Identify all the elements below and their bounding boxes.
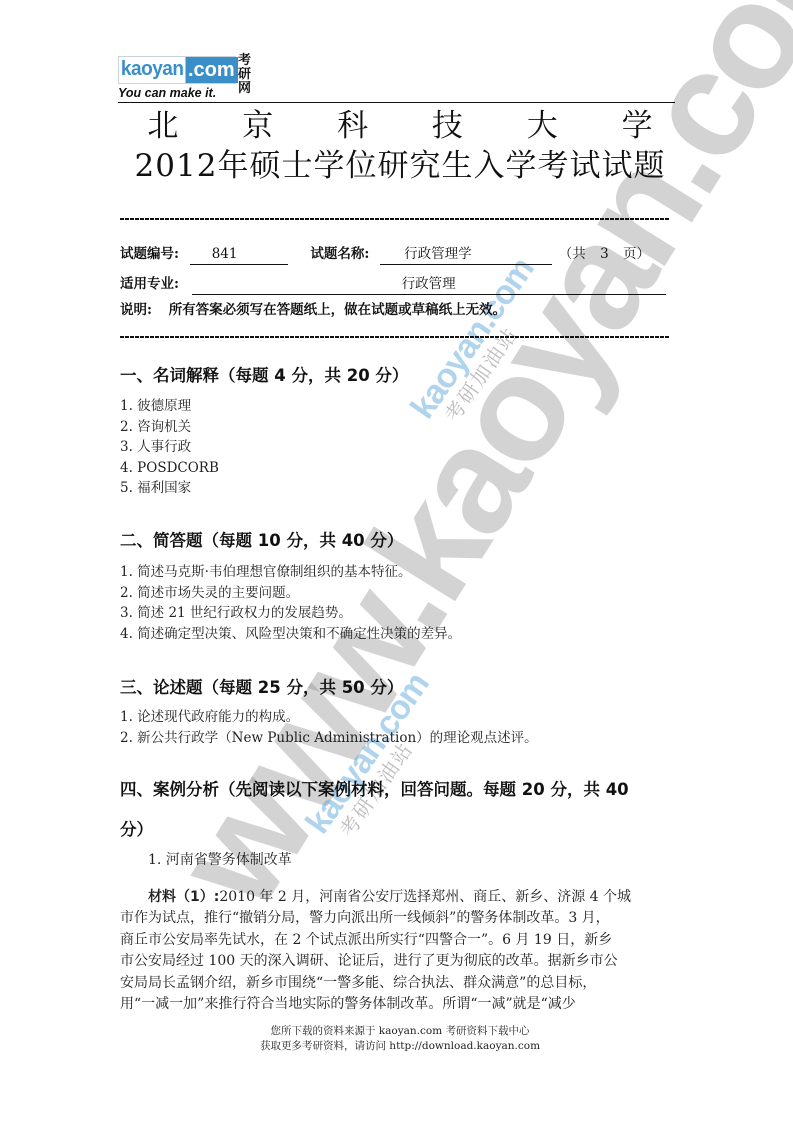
instructions-label: 说明: xyxy=(120,302,152,318)
list-item: 2. 新公共行政学（New Public Administration）的理论观… xyxy=(120,728,538,749)
list-item: 2. 简述市场失灵的主要问题。 xyxy=(120,583,461,604)
logo-brand-right: .com xyxy=(185,57,238,83)
page-count-open: （共 xyxy=(559,246,586,262)
material-line: 用“一减一加”来推行符合当地实际的警务体制改革。所谓“一减”就是“减少 xyxy=(120,994,618,1016)
footer-download-link[interactable]: 获取更多考研资料，请访问 http://download.kaoyan.com xyxy=(200,1039,600,1054)
major-value: 行政管理 xyxy=(192,274,666,295)
dashed-divider-bottom xyxy=(120,336,670,338)
section-3-list: 1. 论述现代政府能力的构成。 2. 新公共行政学（New Public Adm… xyxy=(120,707,538,748)
exam-name-label: 试题名称: xyxy=(310,246,369,262)
list-item: 1. 彼德原理 xyxy=(120,396,219,417)
section-1-list: 1. 彼德原理 2. 咨询机关 3. 人事行政 4. POSDCORB 5. 福… xyxy=(120,396,219,499)
header-rule xyxy=(118,102,675,103)
case-title: 1. 河南省警务体制改革 xyxy=(148,850,292,871)
section-2-heading: 二、简答题（每题 10 分，共 40 分） xyxy=(120,529,403,553)
dashed-divider-top xyxy=(120,218,670,220)
exam-code-number: 841 xyxy=(212,246,238,262)
material-line: 市作为试点，推行“撤销分局，警力向派出所一线倾斜”的警务体制改革。3 月， xyxy=(120,908,618,930)
exam-title: 2012年硕士学位研究生入学考试试题 xyxy=(120,146,680,186)
major-row: 适用专业: 行政管理 xyxy=(120,274,680,295)
logo-tagline: You can make it. xyxy=(118,85,236,101)
case-material-body: 市作为试点，推行“撤销分局，警力向派出所一线倾斜”的警务体制改革。3 月， 商丘… xyxy=(120,908,618,1016)
section-1-heading: 一、名词解释（每题 4 分，共 20 分） xyxy=(120,364,408,388)
material-label: 材料（1）: xyxy=(148,889,219,905)
logo-wordmark: kaoyan .com xyxy=(118,56,236,84)
material-text: 2010 年 2 月，河南省公安厅选择郑州、商丘、新乡、济源 4 个城 xyxy=(219,889,631,905)
page-footer: 您所下载的资料来源于 kaoyan.com 考研资料下载中心 获取更多考研资料，… xyxy=(200,1024,600,1054)
major-text: 行政管理 xyxy=(402,276,456,292)
logo-brand-left: kaoyan xyxy=(119,57,185,83)
list-item: 4. POSDCORB xyxy=(120,458,219,479)
exam-code-row: 试题编号: 841 试题名称: 行政管理学 （共 3 页） xyxy=(120,244,680,265)
logo-char: 研 xyxy=(238,68,254,82)
instructions-text: 所有答案必须写在答题纸上，做在试题或草稿纸上无效。 xyxy=(169,302,507,318)
exam-name-value: 行政管理学 xyxy=(380,244,552,265)
watermark-badge-cn: 考研加油站 xyxy=(433,272,558,437)
section-4-heading-line1: 四、案例分析（先阅读以下案例材料，回答问题。每题 20 分，共 40 xyxy=(120,778,680,802)
material-line: 安局局长孟钢介绍，新乡市围绕“一警多能、综合执法、群众满意”的总目标， xyxy=(120,973,618,995)
exam-code-value: 841 xyxy=(190,244,288,265)
major-label: 适用专业: xyxy=(120,276,179,292)
page-count-close: 页） xyxy=(623,246,650,262)
logo-char: 考 xyxy=(238,54,254,68)
list-item: 2. 咨询机关 xyxy=(120,417,219,438)
list-item: 5. 福利国家 xyxy=(120,478,219,499)
exam-name-text: 行政管理学 xyxy=(404,246,472,262)
logo-chinese-stack: 考 研 网 xyxy=(238,54,254,96)
list-item: 3. 简述 21 世纪行政权力的发展趋势。 xyxy=(120,603,461,624)
footer-source-note: 您所下载的资料来源于 kaoyan.com 考研资料下载中心 xyxy=(200,1024,600,1039)
page-count-value: 3 xyxy=(600,246,609,262)
logo-char: 网 xyxy=(238,82,254,96)
instructions-row: 说明: 所有答案必须写在答题纸上，做在试题或草稿纸上无效。 xyxy=(120,300,506,320)
list-item: 1. 论述现代政府能力的构成。 xyxy=(120,707,538,728)
exam-code-label: 试题编号: xyxy=(120,246,179,262)
section-3-heading: 三、论述题（每题 25 分，共 50 分） xyxy=(120,676,403,700)
case-material-line-1: 材料（1）:2010 年 2 月，河南省公安厅选择郑州、商丘、新乡、济源 4 个… xyxy=(148,887,631,909)
university-name: 北 京 科 技 大 学 xyxy=(120,106,680,146)
page-count: （共 3 页） xyxy=(559,246,650,262)
section-2-list: 1. 简述马克斯·韦伯理想官僚制组织的基本特征。 2. 简述市场失灵的主要问题。… xyxy=(120,562,461,644)
material-line: 商丘市公安局率先试水，在 2 个试点派出所实行“四警合一”。6 月 19 日，新… xyxy=(120,930,618,952)
section-4-heading-line2: 分） xyxy=(120,818,153,842)
kaoyan-logo: kaoyan .com You can make it. xyxy=(118,56,236,102)
list-item: 4. 简述确定型决策、风险型决策和不确定性决策的差异。 xyxy=(120,624,461,645)
list-item: 1. 简述马克斯·韦伯理想官僚制组织的基本特征。 xyxy=(120,562,461,583)
material-line: 市公安局经过 100 天的深入调研、论证后，进行了更为彻底的改革。据新乡市公 xyxy=(120,951,618,973)
list-item: 3. 人事行政 xyxy=(120,437,219,458)
